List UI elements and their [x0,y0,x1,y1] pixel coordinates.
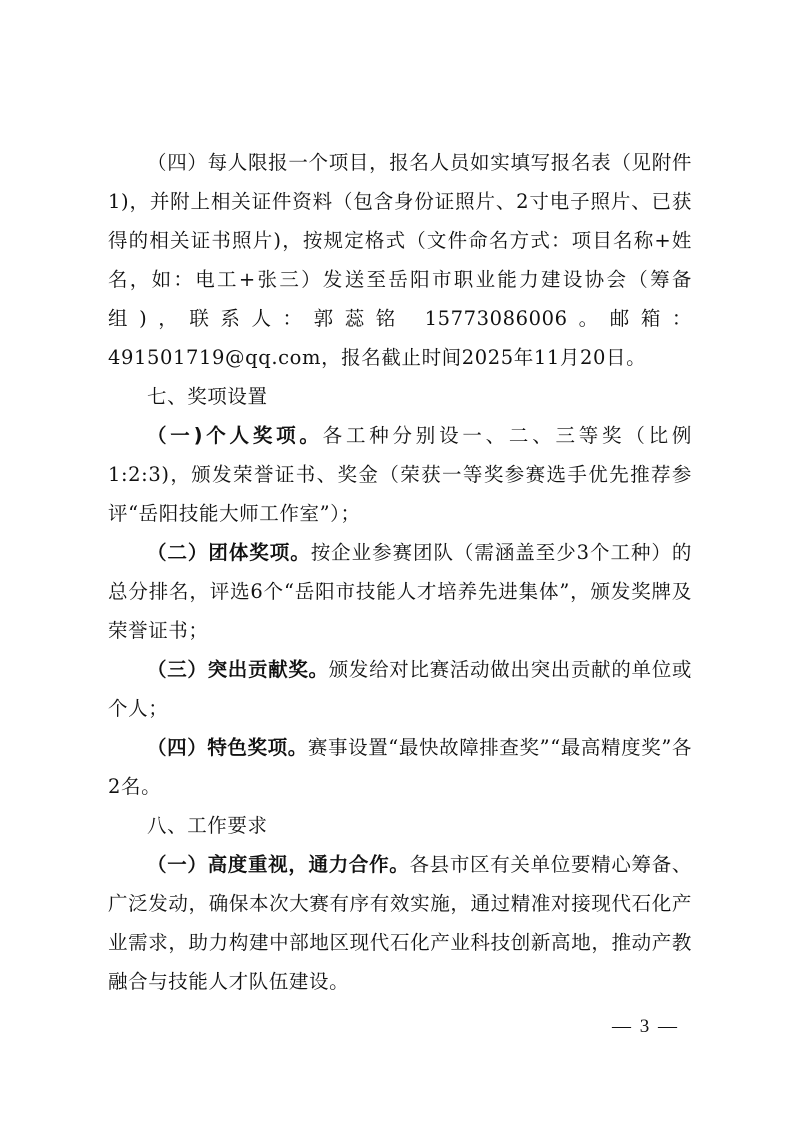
section-heading-awards: 七、奖项设置 [108,377,692,416]
requirement-item-cooperation: （一）高度重视，通力合作。各县市区有关单位要精心筹备、广泛发动，确保本次大赛有序… [108,845,692,1001]
document-page: （四）每人限报一个项目，报名人员如实填写报名表（见附件1)，并附上相关证件资料（… [108,143,692,1001]
award-item-special: （四）特色奖项。赛事设置“最快故障排查奖”“最高精度奖”各2名。 [108,728,692,806]
page-number: — 3 — [612,1016,679,1038]
paragraph-registration: （四）每人限报一个项目，报名人员如实填写报名表（见附件1)，并附上相关证件资料（… [108,143,692,377]
requirement-item-lead: （一）高度重视，通力合作。 [147,853,409,876]
award-item-contribution: （三）突出贡献奖。颁发给对比赛活动做出突出贡献的单位或个人； [108,650,692,728]
section-heading-requirements: 八、工作要求 [108,806,692,845]
award-item-individual: （一)个人奖项。各工种分别设一、二、三等奖（比例 1:2:3)，颁发荣誉证书、奖… [108,416,692,533]
award-item-team: （二）团体奖项。按企业参赛团队（需涵盖至少3个工种）的总分排名，评选6个“岳阳市… [108,533,692,650]
award-item-lead: （三）突出贡献奖。 [147,658,329,681]
award-item-lead: （一)个人奖项。 [147,424,323,447]
award-item-lead: （二）团体奖项。 [147,541,311,564]
award-item-lead: （四）特色奖项。 [147,736,308,759]
